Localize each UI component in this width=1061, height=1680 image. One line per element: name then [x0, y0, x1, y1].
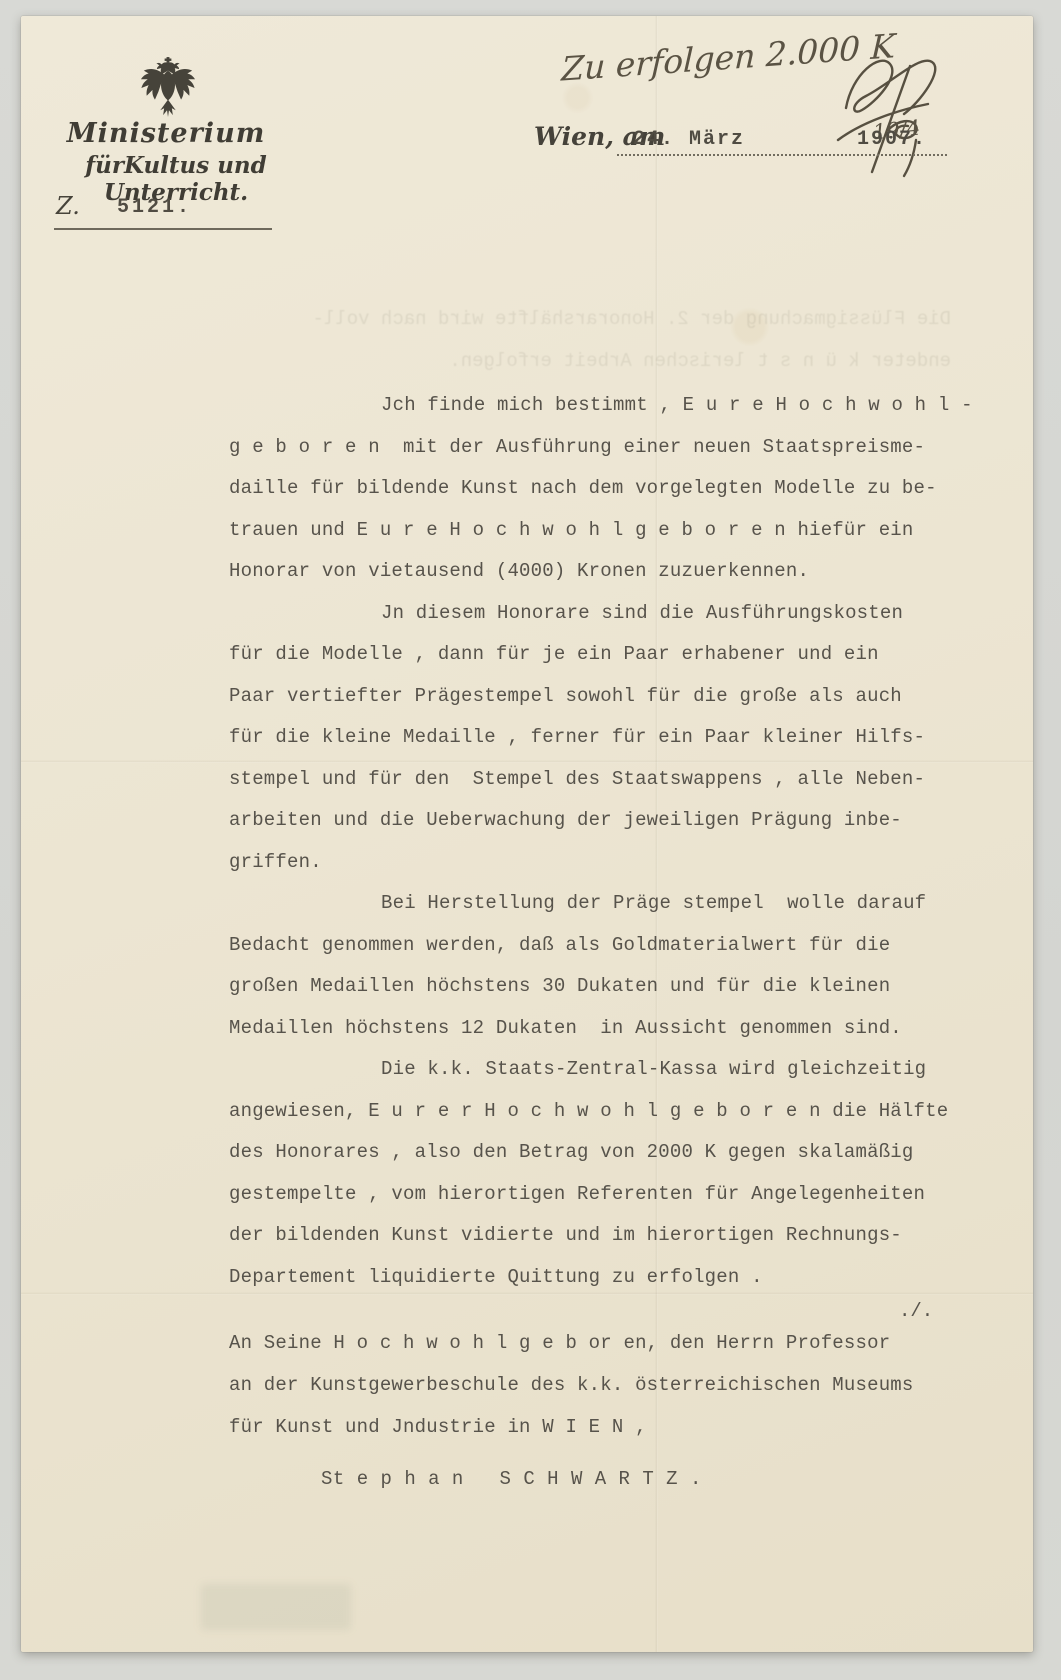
- bleedthrough-ghost-text: Die Flüssigmachung der 2. Honorarshälfte…: [221, 308, 951, 392]
- text-line: für Kunst und Jndustrie in W I E N ,: [229, 1416, 977, 1458]
- paragraph-3: Bei Herstellung der Präge stempel wolle …: [229, 892, 977, 1058]
- text-line: stempel und für den Stempel des Staatswa…: [229, 768, 977, 810]
- text-line: griffen.: [229, 851, 977, 893]
- letter-body: Jch finde mich bestimmt , E u r e H o c …: [229, 394, 977, 1307]
- paragraph-2: Jn diesem Honorare sind die Ausführungsk…: [229, 602, 977, 893]
- text-line: für die Modelle , dann für je ein Paar e…: [229, 643, 977, 685]
- text-line: für die kleine Medaille , ferner für ein…: [229, 726, 977, 768]
- text-line: großen Medaillen höchstens 30 Dukaten un…: [229, 975, 977, 1017]
- text-line: daille für bildende Kunst nach dem vorge…: [229, 477, 977, 519]
- enclosure-mark: ./.: [899, 1300, 933, 1322]
- text-line: Die k.k. Staats-Zentral-Kassa wird gleic…: [229, 1058, 977, 1100]
- text-line: Jn diesem Honorare sind die Ausführungsk…: [229, 602, 977, 644]
- letter-paper: Ministerium fürKultus und Unterricht. Z.…: [21, 16, 1033, 1652]
- scanned-letter-screenshot: { "colors": { "background": "#d6d7d2", "…: [0, 0, 1061, 1680]
- paragraph-1: Jch finde mich bestimmt , E u r e H o c …: [229, 394, 977, 602]
- text-line: Die Flüssigmachung der 2. Honorarshälfte…: [221, 308, 951, 350]
- text-line: Bei Herstellung der Präge stempel wolle …: [229, 892, 977, 934]
- recipient-address: An Seine H o c h w o h l g e b or en, de…: [229, 1332, 977, 1458]
- paragraph-4: Die k.k. Staats-Zentral-Kassa wird gleic…: [229, 1058, 977, 1307]
- text-line: Medaillen höchstens 12 Dukaten in Aussic…: [229, 1017, 977, 1059]
- text-line: angewiesen, E u r e r H o c h w o h l g …: [229, 1100, 977, 1142]
- text-line: an der Kunstgewerbeschule des k.k. öster…: [229, 1374, 977, 1416]
- ministry-name-line1: Ministerium: [36, 118, 296, 149]
- file-number-underline: [54, 228, 272, 230]
- text-line: Bedacht genommen werden, daß als Goldmat…: [229, 934, 977, 976]
- text-line: Departement liquidierte Quittung zu erfo…: [229, 1266, 977, 1308]
- text-line: g e b o r e n mit der Ausführung einer n…: [229, 436, 977, 478]
- file-number-label: Z.: [56, 192, 80, 220]
- text-line: Paar vertiefter Prägestempel sowohl für …: [229, 685, 977, 727]
- addressee-name: St e p h a n S C H W A R T Z .: [321, 1468, 702, 1490]
- text-line: Honorar von vietausend (4000) Kronen zuz…: [229, 560, 977, 602]
- text-line: endeter k ü n s t lerischen Arbeit erfol…: [221, 350, 951, 392]
- text-line: Jch finde mich bestimmt , E u r e H o c …: [229, 394, 977, 436]
- file-number-value: 5121.: [117, 196, 192, 219]
- text-line: arbeiten und die Ueberwachung der jeweil…: [229, 809, 977, 851]
- dateline-day-month: 24. März: [633, 128, 745, 151]
- text-line: trauen und E u r e H o c h w o h l g e b…: [229, 519, 977, 561]
- text-line: An Seine H o c h w o h l g e b or en, de…: [229, 1332, 977, 1374]
- text-line: der bildenden Kunst vidierte und im hier…: [229, 1224, 977, 1266]
- faint-stamp-mark: [201, 1584, 351, 1630]
- text-line: des Honorares , also den Betrag von 2000…: [229, 1141, 977, 1183]
- double-headed-eagle-icon: [139, 55, 197, 121]
- dateline-year: 1907.: [857, 128, 927, 151]
- text-line: gestempelte , vom hierortigen Referenten…: [229, 1183, 977, 1225]
